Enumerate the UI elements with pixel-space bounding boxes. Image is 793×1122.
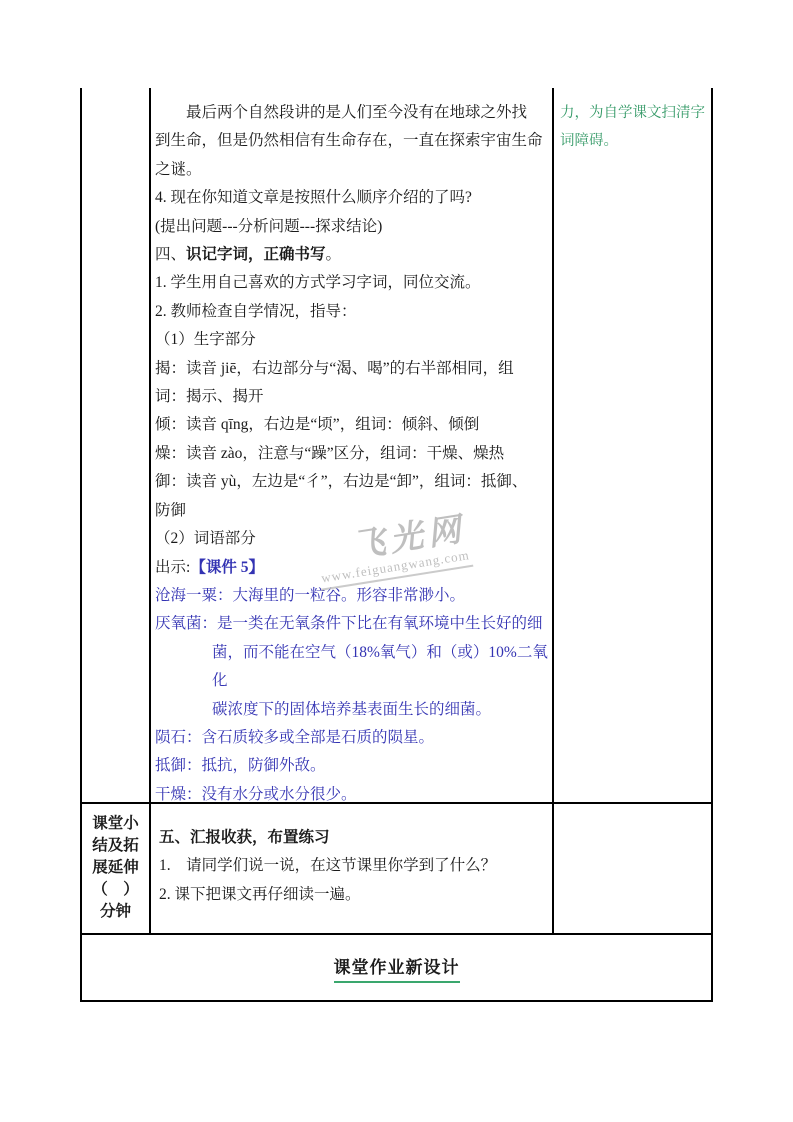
section-5-heading: 五、汇报收获，布置练习 — [159, 824, 552, 852]
design-intent-cell: 力，为自学课文扫清字 词障碍。 — [554, 88, 711, 802]
row1-left-empty-cell — [82, 88, 151, 802]
char-note-yu: 御：读音 yù，左边是“彳”，右边是“卸”，组词：抵御、 防御 — [155, 468, 549, 525]
char-note-qing: 倾：读音 qīng，右边是“顷”，组词：倾斜、倾倒 — [155, 411, 549, 439]
part-1-label: （1）生字部分 — [155, 326, 549, 354]
definition-diyu: 抵御：抵抗，防御外敌。 — [155, 752, 549, 780]
section-4-title: 识记字词，正确书写 — [186, 246, 326, 263]
closing-paragraph: 最后两个自然段讲的是人们至今没有在地球之外找 到生命，但是仍然相信有生命存在，一… — [155, 99, 549, 184]
show-label: 出示: — [155, 559, 190, 576]
question-4: 4. 现在你知道文章是按照什么顺序介绍的了吗? — [155, 184, 549, 212]
char-note-jie: 揭：读音 jiē，右边部分与“渴、喝”的右半部相同，组 词：揭示、揭开 — [155, 355, 549, 412]
lesson-plan-table: 最后两个自然段讲的是人们至今没有在地球之外找 到生命，但是仍然相信有生命存在，一… — [80, 88, 713, 1002]
section-4-number: 四、 — [155, 246, 186, 263]
homework-design-row: 课堂作业新设计 — [82, 933, 711, 1000]
definition-canghaiyisu: 沧海一粟：大海里的一粒谷。形容非常渺小。 — [155, 582, 549, 610]
class-summary-row: 课堂小 结及拓 展延伸 （ ） 分钟 五、汇报收获，布置练习 1. 请同学们说一… — [82, 802, 711, 933]
definition-yanyangjun: 厌氧菌：是一类在无氧条件下比在有氧环境中生长好的细 菌，而不能在空气（18%氧气… — [155, 610, 549, 724]
section-4-heading: 四、识记字词，正确书写。 — [155, 241, 549, 269]
task-1: 1. 请同学们说一说，在这节课里你学到了什么？ — [159, 852, 552, 880]
courseware-5-ref: 【课件 5】 — [190, 559, 264, 576]
question-4-answer: (提出问题---分析问题---探求结论) — [155, 213, 549, 241]
section-4-period: 。 — [326, 246, 342, 263]
teaching-process-content-cell: 最后两个自然段讲的是人们至今没有在地球之外找 到生命，但是仍然相信有生命存在，一… — [151, 88, 554, 802]
step-2: 2. 教师检查自学情况，指导： — [155, 298, 549, 326]
part-2-label: （2）词语部分 — [155, 525, 549, 553]
summary-note-cell-empty — [554, 804, 711, 933]
teaching-process-row: 最后两个自然段讲的是人们至今没有在地球之外找 到生命，但是仍然相信有生命存在，一… — [82, 88, 711, 802]
summary-row-header: 课堂小 结及拓 展延伸 （ ） 分钟 — [82, 804, 151, 933]
summary-content-cell: 五、汇报收获，布置练习 1. 请同学们说一说，在这节课里你学到了什么？ 2. 课… — [151, 804, 554, 933]
step-1: 1. 学生用自己喜欢的方式学习字词，同位交流。 — [155, 269, 549, 297]
definition-yunshi: 陨石：含石质较多或全部是石质的陨星。 — [155, 724, 549, 752]
homework-design-title: 课堂作业新设计 — [334, 953, 460, 983]
task-2: 2. 课下把课文再仔细读一遍。 — [159, 881, 552, 909]
definition-ganzao: 干燥：没有水分或水分很少。 — [155, 781, 549, 802]
margin-note: 力，为自学课文扫清字 词障碍。 — [560, 99, 709, 156]
courseware-line: 出示:【课件 5】 — [155, 554, 549, 582]
char-note-zao: 燥：读音 zào，注意与“躁”区分，组词：干燥、燥热 — [155, 440, 549, 468]
